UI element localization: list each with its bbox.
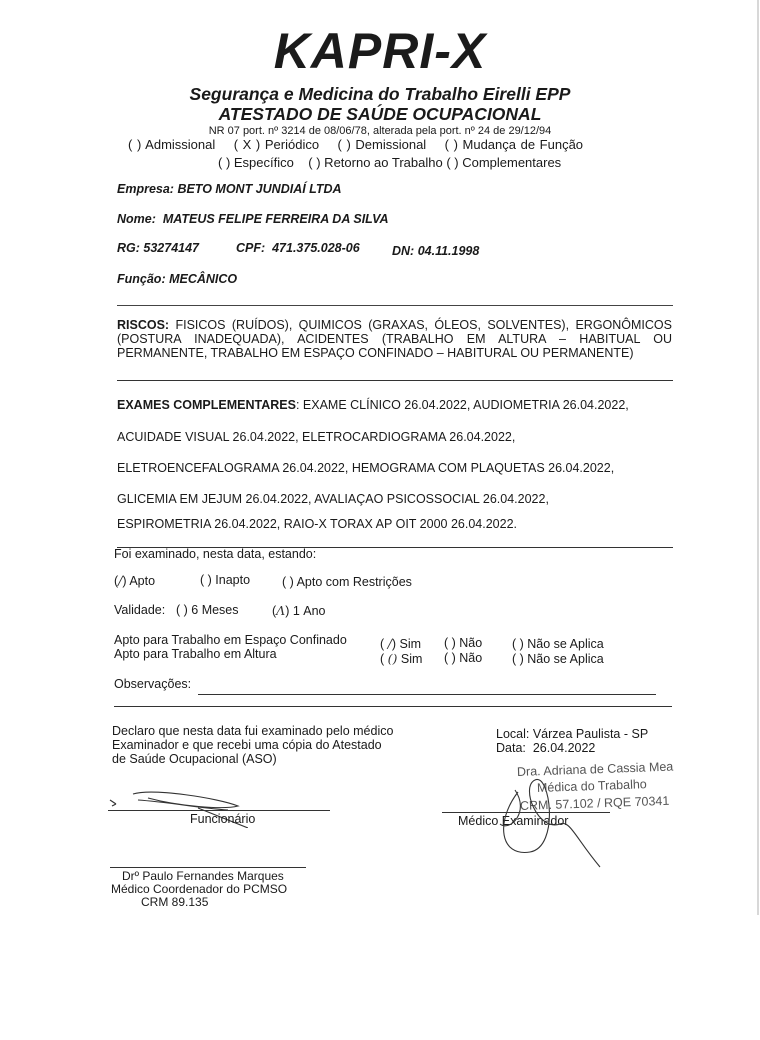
rg-field: RG: 53274147	[117, 241, 199, 255]
aso-document: KAPRI-X Segurança e Medicina do Trabalho…	[0, 0, 759, 915]
regulation-text: NR 07 port. nº 3214 de 08/06/78, alterad…	[0, 125, 760, 137]
exames-line-4: GLICEMIA EM JEJUM 26.04.2022, AVALIAÇAO …	[117, 492, 549, 506]
funcionario-label: Funcionário	[190, 812, 255, 826]
dn-field: DN: 04.11.1998	[392, 244, 479, 258]
riscos-text: FISICOS (RUÍDOS), QUIMICOS (GRAXAS, ÓLEO…	[117, 318, 672, 360]
empresa-field: Empresa: BETO MONT JUNDIAÍ LTDA	[117, 182, 342, 196]
riscos-label: RISCOS:	[117, 318, 169, 332]
handwritten-check-icon: ()	[388, 651, 398, 666]
exames-line-1: EXAMES COMPLEMENTARES: EXAME CLÍNICO 26.…	[117, 398, 629, 412]
confinado-nao-option[interactable]: ( ) Não	[444, 636, 482, 650]
coordenador-signature-line	[110, 867, 306, 868]
local-field: Local: Várzea Paulista - SP	[496, 727, 648, 741]
apto-option[interactable]: (/) Apto	[114, 573, 155, 588]
validade-6-meses-option[interactable]: ( ) 6 Meses	[176, 603, 239, 617]
exames-line-2: ACUIDADE VISUAL 26.04.2022, ELETROCARDIO…	[117, 430, 515, 444]
declaracao-line-2: Examinador e que recebi uma cópia do Ate…	[112, 738, 382, 752]
divider	[117, 305, 673, 306]
handwritten-check-icon: /	[388, 636, 392, 651]
cpf-field: CPF: 471.375.028-06	[236, 241, 360, 255]
document-title: ATESTADO DE SAÚDE OCUPACIONAL	[0, 104, 760, 125]
exames-line-3: ELETROENCEFALOGRAMA 26.04.2022, HEMOGRAM…	[117, 461, 614, 475]
data-field: Data: 26.04.2022	[496, 741, 595, 755]
declaracao-line-3: de Saúde Ocupacional (ASO)	[112, 752, 277, 766]
handwritten-check-icon: Λ	[276, 603, 285, 618]
validade-label: Validade:	[114, 603, 165, 617]
riscos-section: RISCOS: FISICOS (RUÍDOS), QUIMICOS (GRAX…	[117, 318, 672, 360]
altura-sim-option[interactable]: ( () Sim	[380, 651, 422, 666]
apto-label: Apto	[129, 574, 155, 588]
exam-types-row-2: ( ) Específico ( ) Retorno ao Trabalho (…	[218, 155, 561, 170]
coordenador-cargo: Médico Coordenador do PCMSO	[111, 882, 287, 896]
coordenador-crm: CRM 89.135	[141, 895, 208, 909]
inapto-option[interactable]: ( ) Inapto	[200, 573, 250, 587]
handwritten-check-icon: /	[118, 573, 122, 588]
validade-1-ano-option[interactable]: (Λ) 1 Ano	[272, 603, 326, 618]
confinado-sim-option[interactable]: ( /) Sim	[380, 636, 421, 651]
altura-nao-aplica-option[interactable]: ( ) Não se Aplica	[512, 652, 604, 666]
validade-1-ano-label: 1 Ano	[293, 604, 326, 618]
observacoes-line[interactable]	[198, 694, 656, 695]
funcionario-signature-line	[108, 810, 330, 811]
declaracao-line-1: Declaro que nesta data fui examinado pel…	[112, 724, 393, 738]
company-name: Segurança e Medicina do Trabalho Eirelli…	[0, 84, 760, 105]
altura-nao-option[interactable]: ( ) Não	[444, 651, 482, 665]
exam-types-row-1: ( ) Admissional ( X ) Periódico ( ) Demi…	[128, 137, 583, 152]
confinado-label: Apto para Trabalho em Espaço Confinado	[114, 633, 347, 647]
sim-label: Sim	[401, 652, 423, 666]
observacoes-label: Observações:	[114, 677, 191, 691]
exames-text: : EXAME CLÍNICO 26.04.2022, AUDIOMETRIA …	[296, 398, 629, 412]
coordenador-nome: Drº Paulo Fernandes Marques	[122, 869, 284, 883]
divider	[117, 380, 673, 381]
logo: KAPRI-X	[0, 22, 760, 80]
medico-signature	[490, 762, 610, 872]
altura-label: Apto para Trabalho em Altura	[114, 647, 277, 661]
observacoes-line-2[interactable]	[114, 706, 672, 707]
sim-label: Sim	[400, 637, 422, 651]
nome-field: Nome: MATEUS FELIPE FERREIRA DA SILVA	[117, 212, 389, 226]
confinado-nao-aplica-option[interactable]: ( ) Não se Aplica	[512, 637, 604, 651]
funcao-field: Função: MECÂNICO	[117, 272, 237, 286]
apto-restricoes-option[interactable]: ( ) Apto com Restrições	[282, 575, 412, 589]
exames-label: EXAMES COMPLEMENTARES	[117, 398, 296, 412]
exames-line-5: ESPIROMETRIA 26.04.2022, RAIO-X TORAX AP…	[117, 517, 517, 531]
resultado-intro: Foi examinado, nesta data, estando:	[114, 547, 316, 561]
